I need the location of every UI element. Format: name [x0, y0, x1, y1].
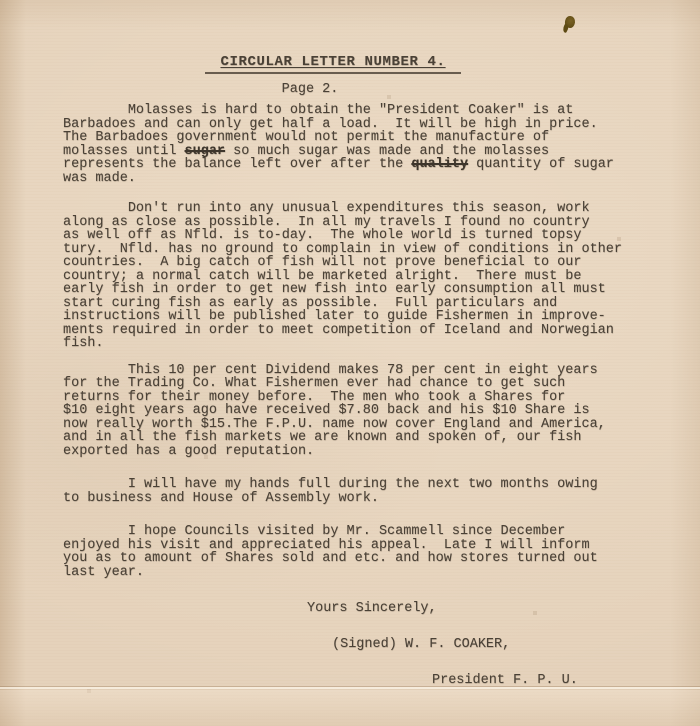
title-row: CIRCULAR LETTER NUMBER 4.: [0, 56, 700, 74]
letter-content: CIRCULAR LETTER NUMBER 4. Page 2. Molass…: [63, 56, 682, 688]
scanned-letter-page: CIRCULAR LETTER NUMBER 4. Page 2. Molass…: [0, 0, 700, 726]
ink-stain: [564, 15, 576, 28]
page-number: Page 2.: [282, 82, 339, 97]
paragraph-hands-full: I will have my hands full during the nex…: [63, 478, 682, 505]
lower-paper-strip: [0, 690, 700, 726]
signature-name: (Signed) W. F. COAKER,: [63, 638, 682, 652]
page-number-row: Page 2.: [0, 83, 700, 97]
struck-word-quality: quality: [411, 157, 468, 172]
letter-title: CIRCULAR LETTER NUMBER 4.: [220, 54, 445, 70]
paper-specks: [0, 0, 2, 2]
paragraph-councils: I hope Councils visited by Mr. Scammell …: [63, 525, 682, 579]
paragraph-molasses: Molasses is hard to obtain the "Presiden…: [63, 104, 682, 185]
paragraph-dividend: This 10 per cent Dividend makes 78 per c…: [63, 364, 682, 459]
paragraph-expenditures: Don't run into any unusual expenditures …: [63, 202, 682, 351]
title-underline: CIRCULAR LETTER NUMBER 4.: [205, 56, 460, 74]
signature-closing: Yours Sincerely,: [63, 602, 682, 616]
